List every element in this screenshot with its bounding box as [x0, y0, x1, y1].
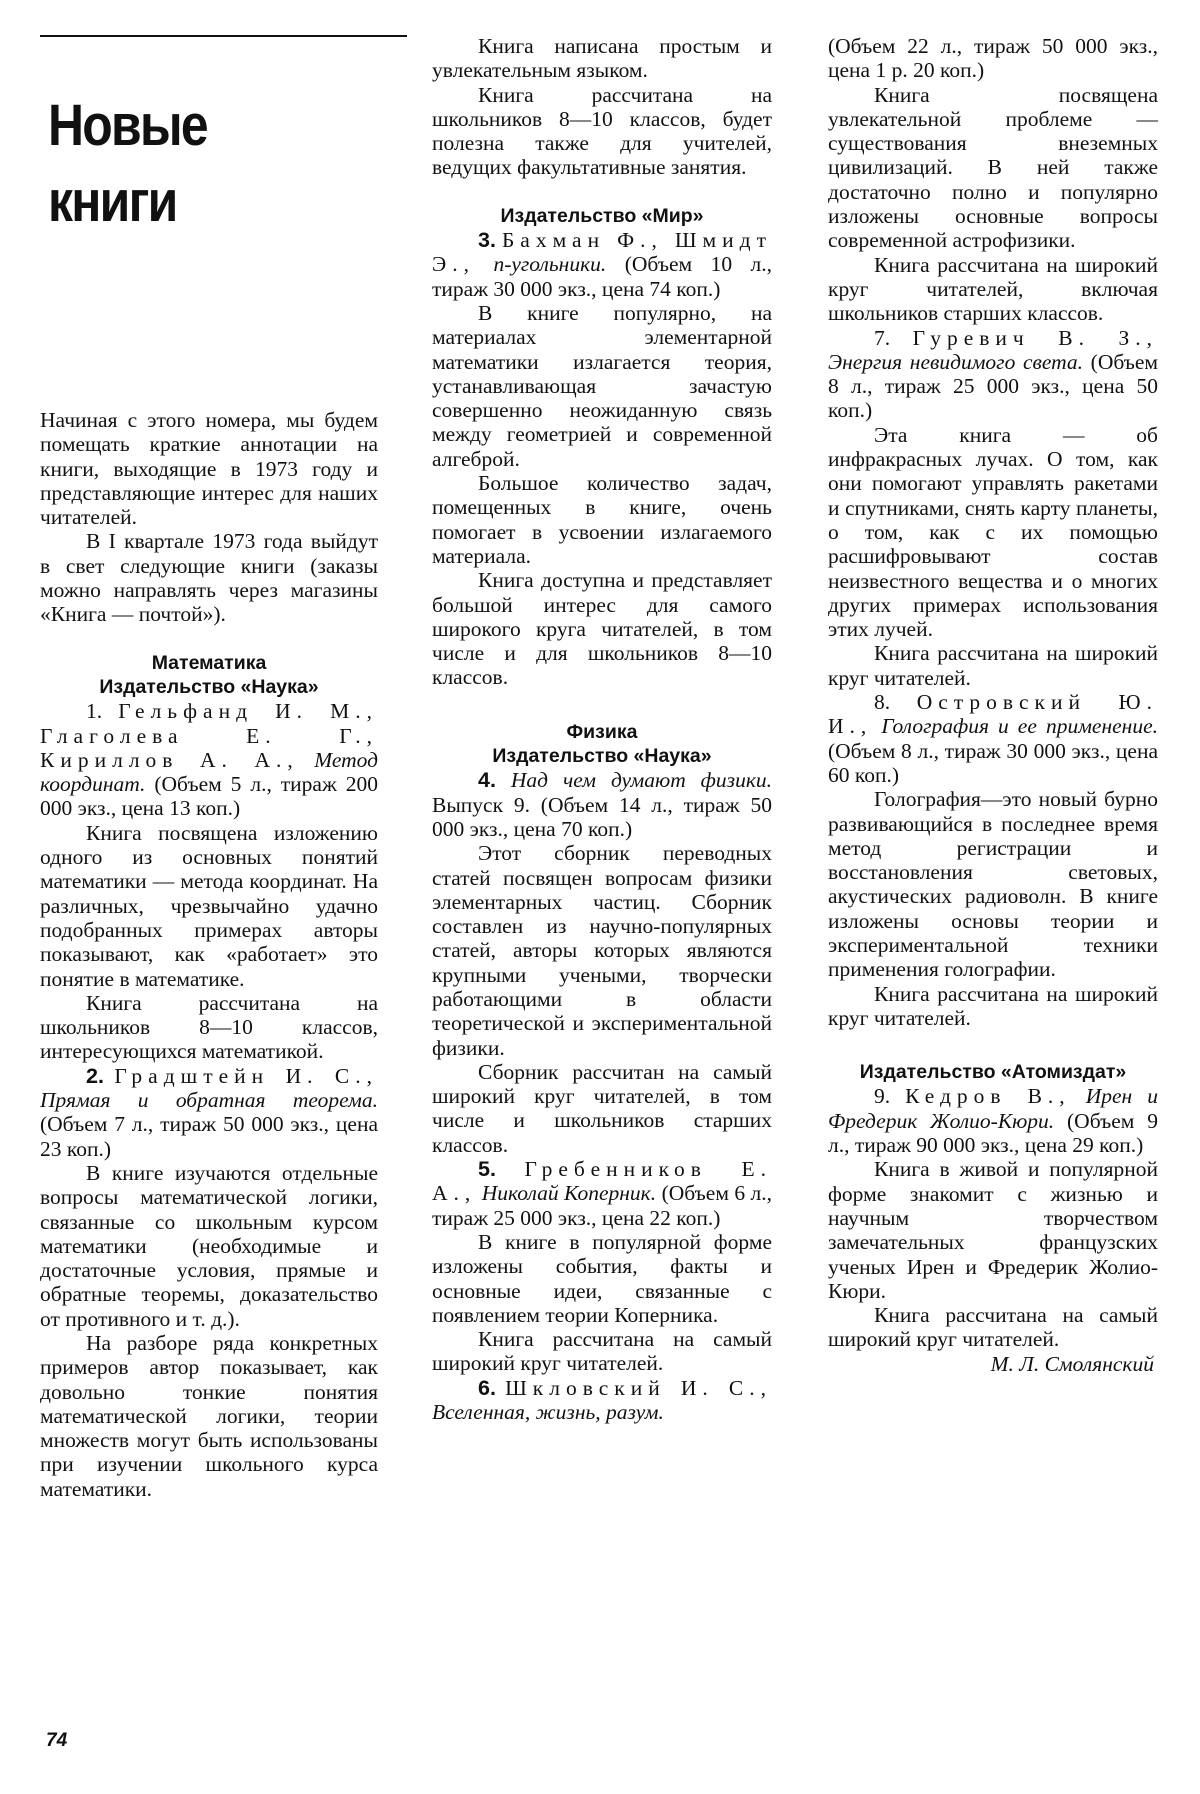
book-description: Книга посвящена изложению одного из осно…	[40, 821, 378, 991]
book-description: Голография—это новый бурно развивающийся…	[828, 787, 1158, 981]
publisher-heading-nauka: Издательство «Наука»	[432, 744, 772, 768]
book-description: В книге в популярной форме изложены собы…	[432, 1230, 772, 1327]
book-entry-6: 6. Шкловский И. С., Вселенная, жизнь, ра…	[432, 1376, 772, 1425]
title-line-1: Новые	[48, 93, 207, 158]
header-rule	[40, 35, 407, 37]
book-entry-1: 1. Гельфанд И. М., Глаголева Е. Г., Кири…	[40, 699, 378, 820]
book-description: Книга рассчитана на школьников 8—10 клас…	[432, 83, 772, 180]
book-entry-7: 7. Гуревич В. З., Энергия невидимого све…	[828, 326, 1158, 423]
book-title: Над чем думают физики.	[511, 768, 772, 792]
book-details: Выпуск 9. (Объем 14 л., тираж 50 000 экз…	[432, 793, 772, 841]
book-authors: Кедров В.,	[905, 1084, 1071, 1108]
book-description: Книга посвящена увлекательной проблеме —…	[828, 83, 1158, 253]
intro-paragraph-2: В I квартале 1973 года выйдут в свет сле…	[40, 529, 378, 626]
book-title: Николай Коперник.	[482, 1181, 656, 1205]
book-title: Вселенная, жизнь, разум.	[432, 1400, 664, 1424]
book-description: Эта книга — об инфракрасных лучах. О том…	[828, 423, 1158, 642]
page-title: Новые книги	[48, 88, 207, 240]
publisher-heading-nauka: Издательство «Наука»	[40, 675, 378, 699]
book-entry-9: 9. Кедров В., Ирен и Фредерик Жолио-Кюри…	[828, 1084, 1158, 1157]
book-entry-8: 8. Островский Ю. И., Голография и ее при…	[828, 690, 1158, 787]
page-number: 74	[46, 1730, 67, 1752]
column-3: (Объем 22 л., тираж 50 000 экз., цена 1 …	[828, 34, 1158, 1376]
book-authors: Шкловский И. С.,	[505, 1376, 772, 1400]
book-entry-5: 5. Гребенников Е. А., Николай Коперник. …	[432, 1157, 772, 1230]
column-2: Книга написана простым и увлекательным я…	[432, 34, 772, 1424]
book-details: (Объем 8 л., тираж 30 000 экз., цена 60 …	[828, 739, 1158, 787]
book-description: Книга доступна и представляет большой ин…	[432, 568, 772, 689]
book-description: Книга рассчитана на школьников 8—10 клас…	[40, 991, 378, 1064]
book-title: n-угольники.	[493, 252, 606, 276]
book-description: Большое количество задач, помещенных в к…	[432, 471, 772, 568]
book-details: (Объем 22 л., тираж 50 000 экз., цена 1 …	[828, 34, 1158, 83]
title-line-2: книги	[48, 169, 177, 234]
book-description: Книга рассчитана на широкий круг читател…	[828, 982, 1158, 1031]
publisher-heading-mir: Издательство «Мир»	[432, 204, 772, 228]
book-description: В книге популярно, на материалах элемент…	[432, 301, 772, 471]
book-description: Книга рассчитана на широкий круг читател…	[828, 641, 1158, 690]
book-entry-3: 3. Бахман Ф., Шмидт Э., n-угольники. (Об…	[432, 228, 772, 301]
book-authors: Градштейн И. С.,	[114, 1064, 378, 1088]
book-description: Книга рассчитана на самый широкий круг ч…	[432, 1327, 772, 1376]
book-authors: Гуревич В. З.,	[913, 326, 1158, 350]
book-details: (Объем 7 л., тираж 50 000 экз., цена 23 …	[40, 1112, 378, 1160]
column-1: Начиная с этого номера, мы будем помещат…	[40, 408, 378, 1501]
book-title: Энергия невидимого света.	[828, 350, 1083, 374]
book-entry-2: 2. Градштейн И. С., Прямая и обратная те…	[40, 1064, 378, 1161]
book-description: Сборник рассчитан на самый широкий круг …	[432, 1060, 772, 1157]
book-title: Прямая и обратная теорема.	[40, 1088, 378, 1112]
book-description: Книга рассчитана на широкий круг читател…	[828, 253, 1158, 326]
book-description: Этот сборник переводных статей посвящен …	[432, 841, 772, 1060]
publisher-heading-atomizdat: Издательство «Атомиздат»	[828, 1060, 1158, 1084]
book-description: В книге изучаются отдельные вопросы мате…	[40, 1161, 378, 1331]
book-description: Книга в живой и популярной форме знакоми…	[828, 1157, 1158, 1303]
subject-heading-math: Математика	[40, 651, 378, 675]
book-title: Голография и ее применение.	[881, 714, 1158, 738]
book-description: На разборе ряда конкретных примеров авто…	[40, 1331, 378, 1501]
book-description: Книга рассчитана на самый широкий круг ч…	[828, 1303, 1158, 1352]
subject-heading-physics: Физика	[432, 720, 772, 744]
author-signature: М. Л. Смолянский	[828, 1352, 1158, 1376]
book-description: Книга написана простым и увлекательным я…	[432, 34, 772, 83]
book-entry-4: 4. Над чем думают физики. Выпуск 9. (Объ…	[432, 768, 772, 841]
intro-paragraph-1: Начиная с этого номера, мы будем помещат…	[40, 408, 378, 529]
